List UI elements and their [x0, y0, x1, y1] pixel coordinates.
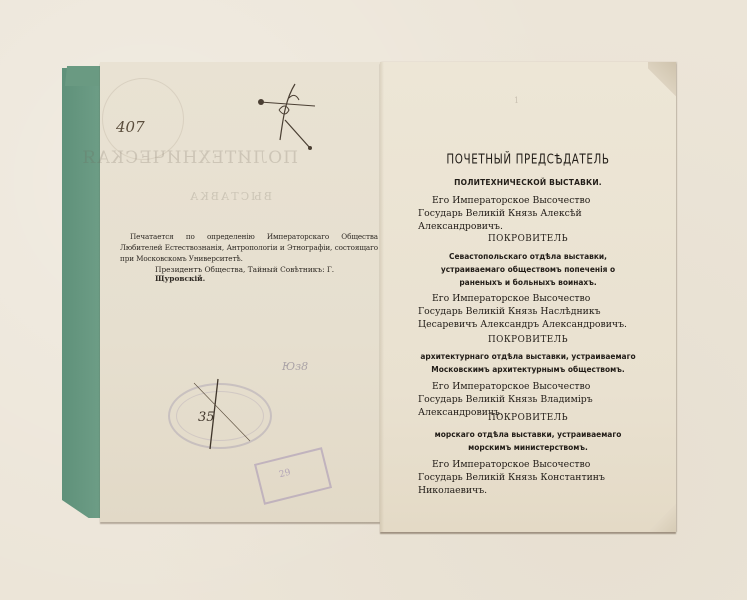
- stamp-ink-number: 35: [198, 410, 215, 425]
- rect-stamp-number: 29: [278, 468, 292, 480]
- naval-department: морскаго отдѣла выставки, устраиваемаго …: [380, 428, 676, 454]
- chairman-name: Его Императорское Высочество Государь Ве…: [380, 194, 676, 233]
- patron-heading-1: ПОКРОВИТЕЛЬ: [380, 234, 676, 244]
- patron-name-1: Его Императорское Высочество Государь Ве…: [380, 292, 676, 331]
- exhibition-subtitle: ПОЛИТЕХНИЧЕСКОЙ ВЫСТАВКИ.: [380, 178, 676, 187]
- signature-name: Щуровскій.: [155, 274, 205, 283]
- pencil-mark-middle: Юз8: [282, 360, 308, 373]
- president-signature: Президентъ Общества, Тайный Совѣтникъ: Г…: [155, 265, 375, 283]
- bleed-through-subtitle: ВЫСТАВКА: [180, 190, 280, 203]
- architecture-department: архитектурнаго отдѣла выставки, устраива…: [380, 350, 676, 376]
- patron-heading-2: ПОКРОВИТЕЛЬ: [380, 335, 676, 345]
- page-number: 1: [514, 96, 519, 105]
- honorary-chairman-title: ПОЧЕТНЫЙ ПРЕДСѢДАТЕЛЬ: [380, 151, 676, 167]
- folded-corner-bottom-right: [650, 502, 676, 532]
- signature-prefix: Президентъ Общества, Тайный Совѣтникъ: Г…: [155, 265, 334, 274]
- sevastopol-department: Севастопольскаго отдѣла выставки, устраи…: [380, 250, 676, 289]
- censor-approval-note: Печатается по определенію Императорскаго…: [120, 231, 378, 264]
- patron-heading-3: ПОКРОВИТЕЛЬ: [380, 413, 676, 423]
- bleed-through-title: ПОЛИТЕХНИЧЕСКАЯ: [148, 148, 298, 168]
- pencil-mark-top-left: 407: [116, 118, 145, 136]
- folded-corner-top-right: [648, 62, 676, 102]
- patron-name-3: Его Императорское Высочество Государь Ве…: [380, 458, 676, 497]
- ink-scribble-mark: [255, 80, 325, 150]
- ink-stamp-signature: 35: [190, 375, 270, 455]
